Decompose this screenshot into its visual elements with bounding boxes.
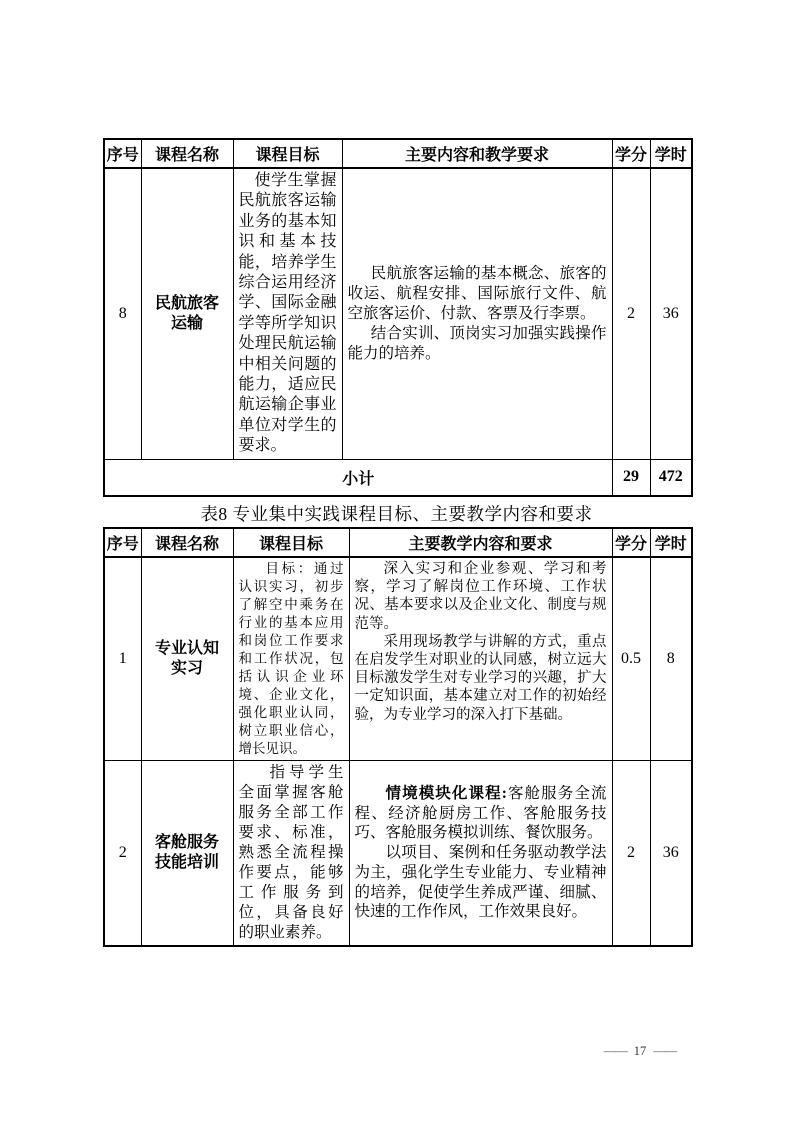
- header-course-goal: 课程目标: [233, 528, 349, 557]
- goal-paragraph: 使学生掌握民航旅客运输业务的基本知识和基本技能，培养学生综合运用经济学、国际金融…: [239, 171, 337, 457]
- course-name: 专业认知实习: [141, 557, 233, 761]
- document-page: 序号 课程名称 课程目标 主要内容和教学要求 学分 学时 8 民航旅客运输 使学…: [0, 0, 793, 1122]
- header-credits: 学分: [612, 139, 650, 168]
- course-no: 1: [104, 557, 141, 761]
- header-course-name: 课程名称: [141, 139, 233, 168]
- table-row-course-8: 8 民航旅客运输 使学生掌握民航旅客运输业务的基本知识和基本技能，培养学生综合运…: [104, 168, 692, 459]
- course-name-text: 民航旅客运输: [153, 294, 221, 334]
- course-name-text: 客舱服务技能培训: [153, 833, 221, 873]
- course-goal: 目标：通过认识实习，初步了解空中乘务在行业的基本应用和岗位工作要求和工作状况，包…: [233, 557, 349, 761]
- course-table-practice: 序号 课程名称 课程目标 主要教学内容和要求 学分 学时 1 专业认知实习 目标…: [103, 527, 693, 947]
- header-seq: 序号: [104, 528, 141, 557]
- subtotal-credits: 29: [612, 459, 650, 496]
- goal-paragraph: 目标：通过认识实习，初步了解空中乘务在行业的基本应用和岗位工作要求和工作状况，包…: [239, 560, 344, 758]
- course-goal: 指导学生全面掌握客舱服务全部工作要求、标准，熟悉全流程操作要点，能够工作服务到位…: [233, 761, 349, 947]
- table-row-course-1: 1 专业认知实习 目标：通过认识实习，初步了解空中乘务在行业的基本应用和岗位工作…: [104, 557, 692, 761]
- course-content: 深入实习和企业参观、学习和考察，学习了解岗位工作环境、工作状况、基本要求以及企业…: [349, 557, 612, 761]
- header-seq: 序号: [104, 139, 141, 168]
- content-paragraph-2: 结合实训、顶岗实习加强实践操作能力的培养。: [348, 324, 607, 364]
- content-paragraph-1: 深入实习和企业参观、学习和考察，学习了解岗位工作环境、工作状况、基本要求以及企业…: [355, 560, 607, 633]
- content-paragraph-2: 以项目、案例和任务驱动教学法为主，强化学生专业能力、专业精神的培养，促使学生养成…: [355, 843, 607, 922]
- footer-right-dash: ——: [653, 1044, 676, 1058]
- content-paragraph-1: 情境模块化课程:客舱服务全流程、经济舱厨房工作、客舱服务技巧、客舱服务模拟训练、…: [355, 784, 607, 843]
- subtotal-hours: 472: [650, 459, 692, 496]
- header-main-content: 主要内容和教学要求: [342, 139, 612, 168]
- credits-cell: 2: [612, 761, 650, 947]
- course-no: 8: [104, 168, 141, 459]
- table-caption: 表8 专业集中实践课程目标、主要教学内容和要求: [0, 501, 793, 526]
- course-no: 2: [104, 761, 141, 947]
- content-bold-lead: 情境模块化课程:: [386, 785, 507, 802]
- subtotal-row: 小计 29 472: [104, 459, 692, 496]
- header-hours: 学时: [650, 528, 692, 557]
- course-name: 客舱服务技能培训: [141, 761, 233, 947]
- header-course-goal: 课程目标: [233, 139, 342, 168]
- content-paragraph-2: 采用现场教学与讲解的方式，重点在启发学生对职业的认同感，树立远大目标激发学生对专…: [355, 633, 607, 724]
- table2-header-row: 序号 课程名称 课程目标 主要教学内容和要求 学分 学时: [104, 528, 692, 557]
- goal-paragraph: 指导学生全面掌握客舱服务全部工作要求、标准，熟悉全流程操作要点，能够工作服务到位…: [239, 763, 344, 943]
- table1-header-row: 序号 课程名称 课程目标 主要内容和教学要求 学分 学时: [104, 139, 692, 168]
- subtotal-label: 小计: [104, 459, 612, 496]
- hours-cell: 36: [650, 168, 692, 459]
- header-course-name: 课程名称: [141, 528, 233, 557]
- credits-cell: 0.5: [612, 557, 650, 761]
- course-goal: 使学生掌握民航旅客运输业务的基本知识和基本技能，培养学生综合运用经济学、国际金融…: [233, 168, 342, 459]
- course-name-text: 专业认知实习: [153, 639, 221, 679]
- header-credits: 学分: [612, 528, 650, 557]
- hours-cell: 8: [650, 557, 692, 761]
- course-name: 民航旅客运输: [141, 168, 233, 459]
- page-number: ——17——: [570, 1044, 710, 1059]
- content-paragraph-1: 民航旅客运输的基本概念、旅客的收运、航程安排、国际旅行文件、航空旅客运价、付款、…: [348, 264, 607, 324]
- hours-cell: 36: [650, 761, 692, 947]
- header-hours: 学时: [650, 139, 692, 168]
- footer-left-dash: ——: [604, 1044, 627, 1058]
- credits-cell: 2: [612, 168, 650, 459]
- course-content: 民航旅客运输的基本概念、旅客的收运、航程安排、国际旅行文件、航空旅客运价、付款、…: [342, 168, 612, 459]
- course-content: 情境模块化课程:客舱服务全流程、经济舱厨房工作、客舱服务技巧、客舱服务模拟训练、…: [349, 761, 612, 947]
- footer-page-number: 17: [634, 1044, 647, 1058]
- header-main-teaching-content: 主要教学内容和要求: [349, 528, 612, 557]
- table-row-course-2: 2 客舱服务技能培训 指导学生全面掌握客舱服务全部工作要求、标准，熟悉全流程操作…: [104, 761, 692, 947]
- course-table-theory: 序号 课程名称 课程目标 主要内容和教学要求 学分 学时 8 民航旅客运输 使学…: [103, 138, 693, 497]
